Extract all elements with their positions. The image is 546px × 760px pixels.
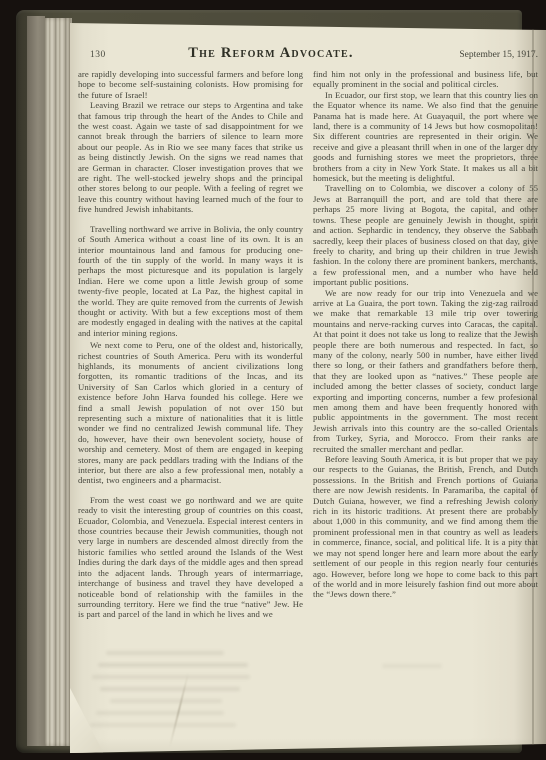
stacked-page-edges [45, 18, 72, 746]
column-left: are rapidly developing into successful f… [78, 69, 303, 620]
page-corner-fold [70, 688, 104, 754]
paragraph: Travelling northward we arrive in Bolivi… [78, 224, 303, 338]
masthead-title: The Reform Advocate. [132, 45, 410, 62]
magazine-page: 130 The Reform Advocate. September 15, 1… [70, 0, 546, 760]
book-scan: 130 The Reform Advocate. September 15, 1… [0, 0, 546, 760]
paragraph: We are now ready for our trip into Venez… [313, 288, 538, 455]
paragraph: Travelling on to Colombia, we discover a… [313, 183, 538, 287]
page-crease [169, 673, 189, 747]
paragraph: From the west coast we go northward and … [78, 495, 303, 620]
showthrough-text [92, 675, 250, 679]
paragraph: are rapidly developing into successful f… [78, 69, 303, 100]
column-right: find him not only in the professional an… [313, 69, 538, 620]
paragraph: In Ecuador, our first stop, we learn tha… [313, 90, 538, 184]
cover-inner-margin [27, 16, 45, 746]
paragraph: find him not only in the professional an… [313, 69, 538, 90]
showthrough-text [98, 663, 248, 667]
page-header: 130 The Reform Advocate. September 15, 1… [78, 45, 538, 62]
article-columns: are rapidly developing into successful f… [78, 69, 538, 620]
paragraph: Leaving Brazil we retrace our steps to A… [78, 100, 303, 214]
paragraph: Before leaving South America, it is but … [313, 454, 538, 600]
showthrough-text [110, 699, 222, 703]
showthrough-text [96, 711, 224, 715]
showthrough-text [90, 723, 236, 727]
showthrough-text [382, 664, 442, 668]
paragraph: We next come to Peru, one of the oldest … [78, 340, 303, 486]
issue-date: September 15, 1917. [416, 50, 538, 60]
showthrough-text [106, 651, 224, 655]
page-number: 130 [78, 50, 138, 60]
showthrough-text [100, 687, 240, 691]
